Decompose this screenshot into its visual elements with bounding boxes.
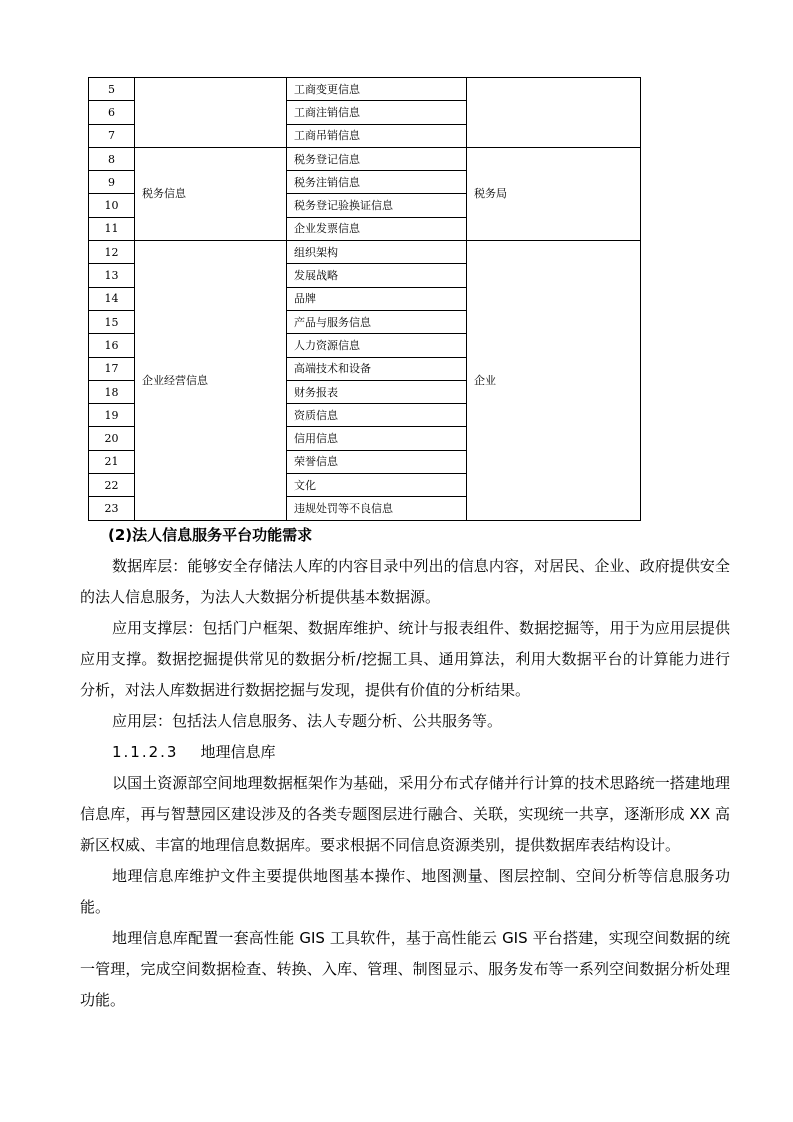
subsection-number: 1.1.2.3 xyxy=(112,743,178,761)
row-number: 12 xyxy=(89,241,135,264)
row-number: 20 xyxy=(89,427,135,450)
item-cell: 信用信息 xyxy=(287,427,467,450)
category-cell xyxy=(135,78,287,148)
item-cell: 工商变更信息 xyxy=(287,78,467,101)
row-number: 7 xyxy=(89,124,135,147)
item-cell: 人力资源信息 xyxy=(287,334,467,357)
legal-entity-info-table: 5 工商变更信息 6 工商注销信息 7 工商吊销信息 8 税务信息 税务登记信息… xyxy=(88,77,641,521)
category-cell: 企业经营信息 xyxy=(135,241,287,521)
row-number: 19 xyxy=(89,404,135,427)
row-number: 11 xyxy=(89,217,135,240)
paragraph-geo-db-intro: 以国土资源部空间地理数据框架作为基础，采用分布式存储并行计算的技术思路统一搭建地… xyxy=(80,768,730,861)
section-heading: (2)法人信息服务平台功能需求 xyxy=(80,520,730,551)
item-cell: 财务报表 xyxy=(287,380,467,403)
item-cell: 产品与服务信息 xyxy=(287,310,467,333)
subsection-heading: 1.1.2.3地理信息库 xyxy=(80,737,730,768)
paragraph-application-layer: 应用层：包括法人信息服务、法人专题分析、公共服务等。 xyxy=(80,706,730,737)
source-cell: 企业 xyxy=(467,241,641,521)
item-cell: 税务注销信息 xyxy=(287,171,467,194)
item-cell: 发展战略 xyxy=(287,264,467,287)
item-cell: 工商注销信息 xyxy=(287,101,467,124)
row-number: 16 xyxy=(89,334,135,357)
row-number: 9 xyxy=(89,171,135,194)
item-cell: 工商吊销信息 xyxy=(287,124,467,147)
row-number: 17 xyxy=(89,357,135,380)
row-number: 8 xyxy=(89,147,135,170)
paragraph-support-layer: 应用支撑层：包括门户框架、数据库维护、统计与报表组件、数据挖掘等，用于为应用层提… xyxy=(80,613,730,706)
row-number: 6 xyxy=(89,101,135,124)
item-cell: 组织架构 xyxy=(287,241,467,264)
row-number: 21 xyxy=(89,450,135,473)
row-number: 14 xyxy=(89,287,135,310)
item-cell: 违规处罚等不良信息 xyxy=(287,497,467,520)
row-number: 23 xyxy=(89,497,135,520)
paragraph-geo-db-maintenance: 地理信息库维护文件主要提供地图基本操作、地图测量、图层控制、空间分析等信息服务功… xyxy=(80,861,730,923)
row-number: 22 xyxy=(89,474,135,497)
subsection-title: 地理信息库 xyxy=(200,743,275,761)
row-number: 10 xyxy=(89,194,135,217)
source-cell xyxy=(467,78,641,148)
row-number: 15 xyxy=(89,310,135,333)
row-number: 5 xyxy=(89,78,135,101)
document-body: (2)法人信息服务平台功能需求 数据库层：能够安全存储法人库的内容目录中列出的信… xyxy=(80,520,730,1016)
row-number: 13 xyxy=(89,264,135,287)
item-cell: 资质信息 xyxy=(287,404,467,427)
item-cell: 文化 xyxy=(287,474,467,497)
paragraph-database-layer: 数据库层：能够安全存储法人库的内容目录中列出的信息内容，对居民、企业、政府提供安… xyxy=(80,551,730,613)
item-cell: 高端技术和设备 xyxy=(287,357,467,380)
item-cell: 品牌 xyxy=(287,287,467,310)
table-row: 8 税务信息 税务登记信息 税务局 xyxy=(89,147,641,170)
category-cell: 税务信息 xyxy=(135,147,287,240)
item-cell: 荣誉信息 xyxy=(287,450,467,473)
table-row: 5 工商变更信息 xyxy=(89,78,641,101)
item-cell: 税务登记信息 xyxy=(287,147,467,170)
table-row: 12 企业经营信息 组织架构 企业 xyxy=(89,241,641,264)
item-cell: 企业发票信息 xyxy=(287,217,467,240)
row-number: 18 xyxy=(89,380,135,403)
item-cell: 税务登记验换证信息 xyxy=(287,194,467,217)
source-cell: 税务局 xyxy=(467,147,641,240)
paragraph-geo-db-gis: 地理信息库配置一套高性能 GIS 工具软件，基于高性能云 GIS 平台搭建，实现… xyxy=(80,923,730,1016)
